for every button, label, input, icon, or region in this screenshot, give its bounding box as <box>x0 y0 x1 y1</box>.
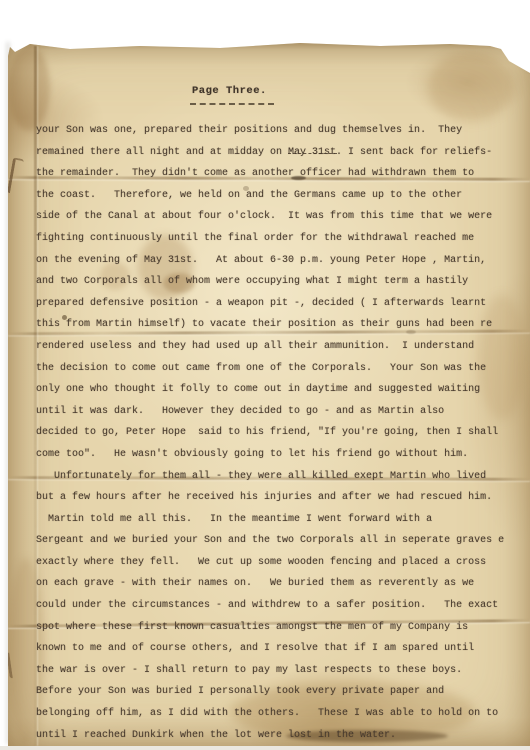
stain <box>8 46 50 131</box>
text-line: known to me and of course others, and I … <box>36 638 522 660</box>
text-line: exactly where they fell. We cut up some … <box>36 552 522 574</box>
text-line: the remainder. They didn't come as anoth… <box>36 163 522 185</box>
text-line: could under the circumstances - and with… <box>36 595 522 617</box>
text-line: the war is over - I shall return to pay … <box>36 660 522 682</box>
text-line: but a few hours after he received his in… <box>36 487 522 509</box>
text-line: come too". He wasn't obviously going to … <box>36 444 522 466</box>
stain <box>428 52 513 122</box>
text-line: the decision to come out came from one o… <box>36 358 522 380</box>
text-line: and two Corporals all of whom were occup… <box>36 271 522 293</box>
text-line: Sergeant and we buried your Son and the … <box>36 530 522 552</box>
text-line: prepared defensive position - a weapon p… <box>36 293 522 315</box>
text-line: spot where these first known casualties … <box>36 617 522 639</box>
text-line: on the evening of May 31st. At about 6-3… <box>36 250 522 272</box>
text-line: Before your Son was buried I personally … <box>36 681 522 703</box>
letter-body: your Son was one, prepared their positio… <box>36 120 522 746</box>
text-line: Martin told me all this. In the meantime… <box>36 509 522 531</box>
scanned-letter: Page Three. your Son was one, prepared t… <box>0 0 530 750</box>
text-line: your Son was one, prepared their positio… <box>36 120 522 142</box>
text-line: fighting continuously until the final or… <box>36 228 522 250</box>
text-line: only one who thought it folly to come ou… <box>36 379 522 401</box>
text-line: Unfortunately for them all - they were a… <box>36 466 522 488</box>
text-line: on each grave - with their names on. We … <box>36 573 522 595</box>
text-line: until it was dark. However they decided … <box>36 401 522 423</box>
letter-page: Page Three. your Son was one, prepared t… <box>8 40 530 746</box>
text-line: until I reached Dunkirk when the lot wer… <box>36 725 522 747</box>
text-line: this from Martin himself) to vacate thei… <box>36 314 522 336</box>
title-underline <box>190 103 274 105</box>
text-line: side of the Canal at about four o'clock.… <box>36 206 522 228</box>
scanner-edge-strip <box>0 746 530 750</box>
page-title: Page Three. <box>192 85 312 97</box>
text-line: rendered useless and they had used up al… <box>36 336 522 358</box>
text-line: the coast. Therefore, we held on and the… <box>36 185 522 207</box>
text-line: belonging off him, as I did with the oth… <box>36 703 522 725</box>
text-line: decided to go, Peter Hope said to his fr… <box>36 422 522 444</box>
text-line: remained there all night and at midday o… <box>36 142 522 164</box>
date-underline <box>288 153 337 154</box>
